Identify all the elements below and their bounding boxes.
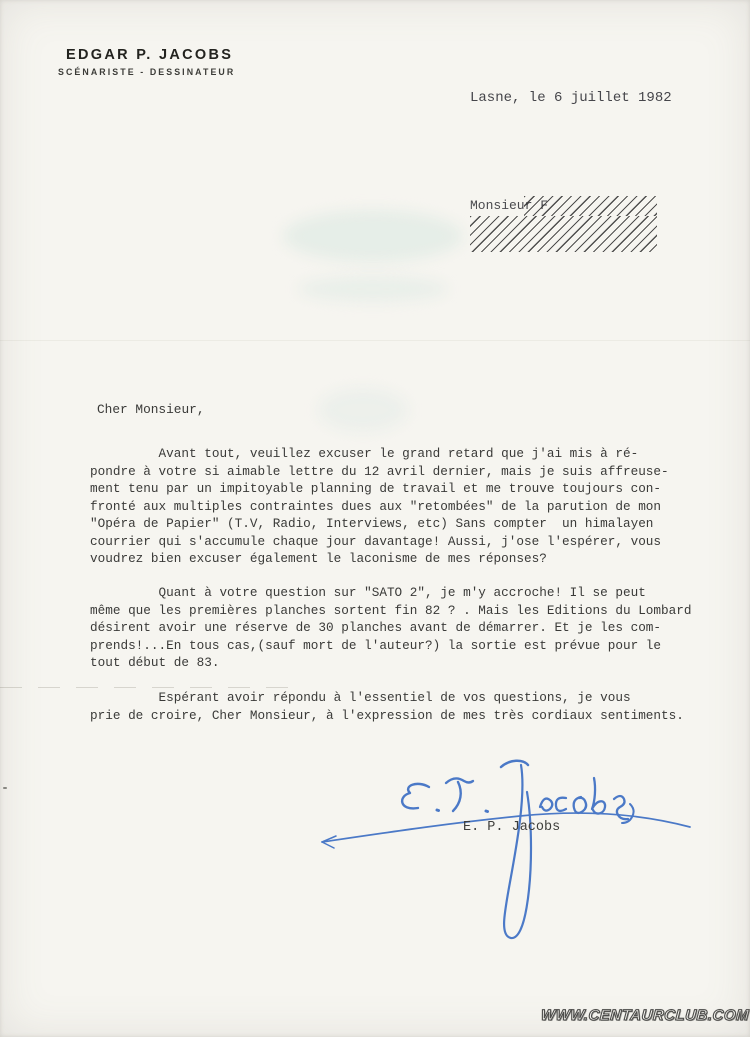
- paper-fold-line: [0, 687, 295, 688]
- handwritten-signature: [300, 752, 720, 952]
- redaction-hatch-top: [524, 196, 657, 216]
- body-paragraph-2: Quant à votre question sur "SATO 2", je …: [90, 584, 708, 672]
- letter-page: EDGAR P. JACOBS SCÉNARISTE - DESSINATEUR…: [0, 0, 750, 1037]
- watermark: WWW.CENTAURCLUB.COM: [540, 1007, 749, 1024]
- typed-signature-name: E. P. Jacobs: [463, 820, 560, 835]
- scan-bleedthrough-artifact: [283, 210, 463, 262]
- scan-speck: [3, 787, 7, 789]
- body-paragraph-3: Espérant avoir répondu à l'essentiel de …: [90, 689, 708, 724]
- letterhead-name: EDGAR P. JACOBS: [66, 47, 233, 63]
- salutation: Cher Monsieur,: [97, 402, 205, 417]
- body-paragraph-1: Avant tout, veuillez excuser le grand re…: [90, 445, 708, 568]
- date-line: Lasne, le 6 juillet 1982: [470, 90, 672, 106]
- paper-fold-line: [0, 340, 750, 341]
- scan-bleedthrough-artifact: [318, 388, 408, 432]
- scan-bleedthrough-artifact: [298, 276, 448, 302]
- letterhead-title: SCÉNARISTE - DESSINATEUR: [58, 67, 235, 77]
- redaction-hatch-bottom: [470, 216, 657, 252]
